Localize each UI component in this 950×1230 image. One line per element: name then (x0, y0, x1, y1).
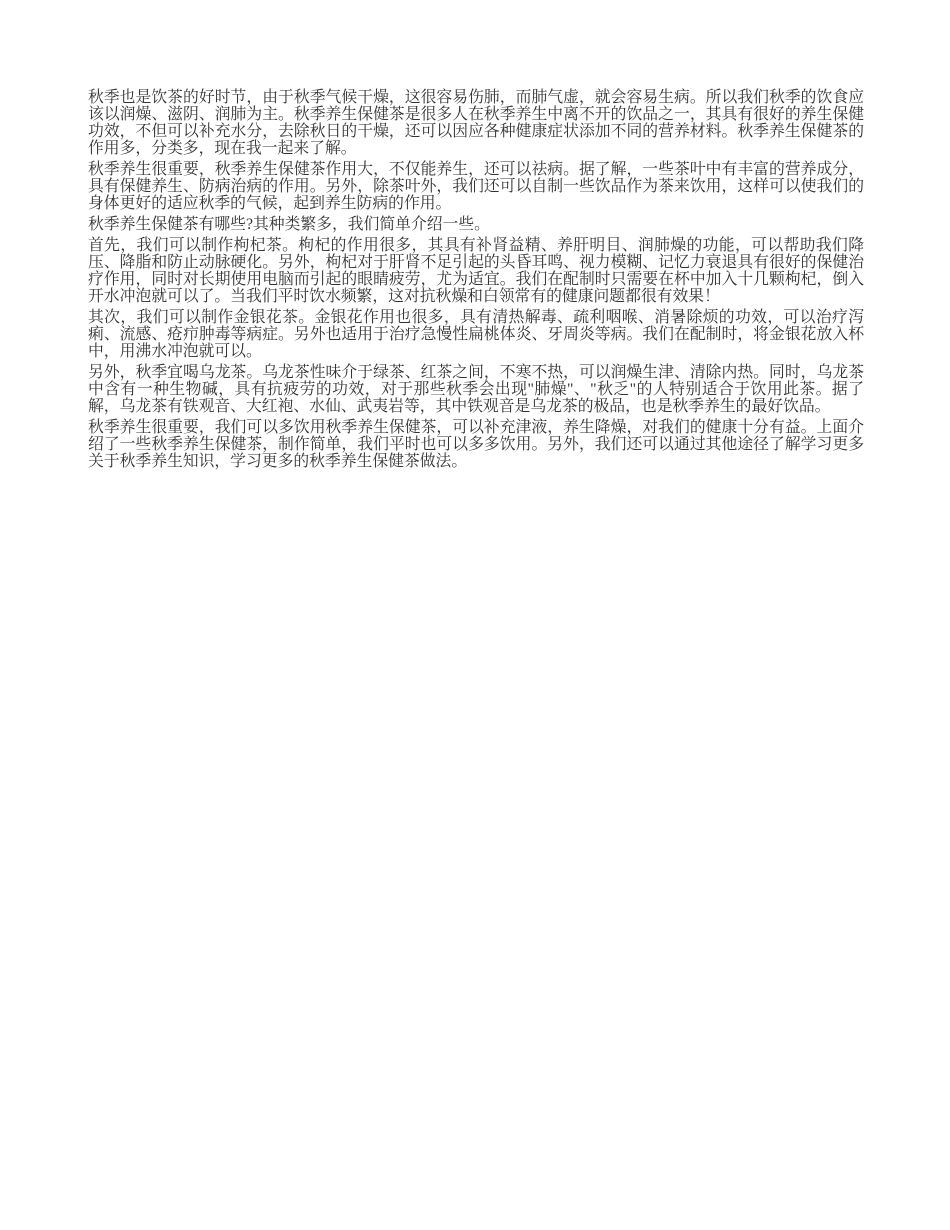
page: { "page": { "background_color": "#ffffff… (0, 0, 950, 1230)
paragraph-goji-tea: 首先，我们可以制作枸杞茶。枸杞的作用很多，其具有补肾益精、养肝明目、润肺燥的功能… (88, 237, 864, 305)
paragraph-conclusion: 秋季养生很重要，我们可以多饮用秋季养生保健茶，可以补充津液，养生降燥，对我们的健… (88, 419, 864, 470)
paragraph-honeysuckle-tea: 其次，我们可以制作金银花茶。金银花作用也很多，具有清热解毒、疏利咽喉、消暑除烦的… (88, 309, 864, 360)
paragraph-oolong-tea: 另外，秋季宜喝乌龙茶。乌龙茶性味介于绿茶、红茶之间，不寒不热，可以润燥生津、清除… (88, 364, 864, 415)
article-body: 秋季也是饮茶的好时节，由于秋季气候干燥，这很容易伤肺，而肺气虚，就会容易生病。所… (88, 89, 864, 474)
paragraph-importance: 秋季养生很重要，秋季养生保健茶作用大，不仅能养生，还可以祛病。据了解，一些茶叶中… (88, 161, 864, 212)
paragraph-intro: 秋季也是饮茶的好时节，由于秋季气候干燥，这很容易伤肺，而肺气虚，就会容易生病。所… (88, 89, 864, 157)
paragraph-types-lead: 秋季养生保健茶有哪些?其种类繁多，我们简单介绍一些。 (88, 216, 864, 233)
